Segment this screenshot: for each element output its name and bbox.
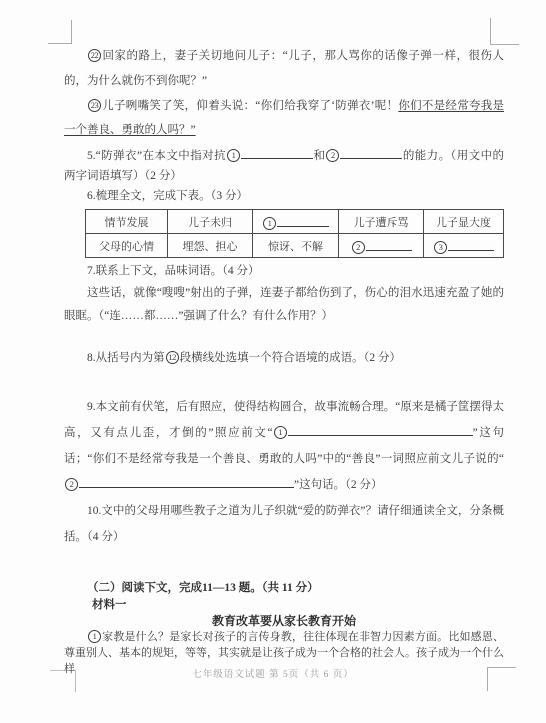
page-corner-mark-top-left [48, 20, 72, 44]
circled-number-1: 1 [88, 630, 101, 643]
table-row: 情节发展 儿子未归 1 儿子遭斥骂 儿子显大度 [86, 210, 504, 234]
answer-blank [340, 146, 402, 159]
page-content: 22回家的路上，妻子关切地问儿子：“儿子，那人骂你的话像子弹一样，很伤人的，为什… [64, 44, 504, 677]
circled-number-2: 2 [65, 478, 78, 491]
question-9: 9.本文前有伏笔，后有照应，使得结构圆合，故事流畅合理。“原来是橘子筐摆得太高，… [64, 394, 504, 498]
circled-number-12: 12 [166, 351, 179, 364]
page-footer: 七年级语文试题 第 5页（共 6 页） [0, 666, 546, 680]
table-cell: 儿子遭斥骂 [339, 210, 424, 234]
table-cell: 情节发展 [86, 210, 168, 234]
circled-number-1: 1 [227, 149, 240, 162]
question-10: 10.文中的父母用哪些教子之道为儿子织就“爱的防弹衣”？请仔细通读全文，分条概括… [64, 498, 504, 550]
circled-number-2: 2 [352, 241, 365, 254]
section-2-heading: （二）阅读下文，完成11—13 题。（共 11 分） [64, 579, 504, 597]
question-7-passage: 这些话，就像“嗖嗖”射出的子弹，连妻子都给伤到了，伤心的泪水迅速充盈了她的眼眶。… [64, 282, 504, 328]
question-6: 6.梳理全文，完成下表。（3 分） [64, 186, 504, 206]
circled-number-1: 1 [263, 217, 276, 230]
question-8-pre: 8.从括号内为第 [87, 352, 165, 364]
table-cell-blank-2: 2 [339, 234, 424, 258]
paragraph-22-text: 回家的路上，妻子关切地问儿子：“儿子，那人骂你的话像子弹一样，很伤人的，为什么就… [64, 50, 504, 87]
table-cell: 埋怨、担心 [168, 234, 253, 258]
question-8-post: 段横线处选填一个符合语境的成语。（2 分） [180, 352, 401, 364]
exam-paper-page: 22回家的路上，妻子关切地问儿子：“儿子，那人骂你的话像子弹一样，很伤人的，为什… [0, 0, 546, 723]
circled-number-1: 1 [274, 426, 287, 439]
answer-blank [241, 146, 313, 159]
table-cell: 儿子未归 [168, 210, 253, 234]
answer-blank [79, 475, 294, 488]
question-5: 5.“防弹衣”在本文中指对抗1和2的能力。（用文中的两字词语填写）（2 分） [64, 146, 504, 186]
material-1-title: 教育改革要从家长教育开始 [64, 613, 504, 629]
circled-number-2: 2 [326, 149, 339, 162]
question-8: 8.从括号内为第12段横线处选填一个符合语境的成语。（2 分） [64, 347, 504, 369]
answer-blank [448, 238, 494, 251]
paragraph-22: 22回家的路上，妻子关切地问儿子：“儿子，那人骂你的话像子弹一样，很伤人的，为什… [64, 44, 504, 94]
answer-blank [277, 214, 329, 227]
page-corner-mark-top-right [490, 18, 519, 45]
table-cell: 惊讶、不解 [253, 234, 339, 258]
paragraph-23-lead: 儿子咧嘴笑了笑，仰着头说：“你们给我穿了‘防弹衣’呢！ [102, 100, 398, 112]
plot-development-table: 情节发展 儿子未归 1 儿子遭斥骂 儿子显大度 父母的心情 埋怨、担心 惊讶、不… [85, 209, 504, 258]
table-cell-blank-3: 3 [424, 234, 504, 258]
table-cell: 儿子显大度 [424, 210, 504, 234]
circled-number-22: 22 [88, 49, 101, 62]
circled-number-23: 23 [88, 99, 101, 112]
question-9-post: ”这句话。（2 分） [294, 479, 382, 491]
question-5-mid: 和 [313, 150, 325, 162]
table-cell: 父母的心情 [86, 234, 168, 258]
answer-blank [288, 423, 473, 436]
paragraph-23: 23儿子咧嘴笑了笑，仰着头说：“你们给我穿了‘防弹衣’呢！你们不是经常夸我是一个… [64, 94, 504, 142]
question-5-pre: 5.“防弹衣”在本文中指对抗 [87, 150, 226, 162]
table-row: 父母的心情 埋怨、担心 惊讶、不解 2 3 [86, 234, 504, 258]
answer-blank [366, 238, 412, 251]
table-cell-blank-1: 1 [253, 210, 339, 234]
circled-number-3: 3 [434, 241, 447, 254]
material-1-label: 材料一 [64, 597, 504, 613]
question-7: 7.联系上下文，品味词语。（4 分） [64, 260, 504, 282]
